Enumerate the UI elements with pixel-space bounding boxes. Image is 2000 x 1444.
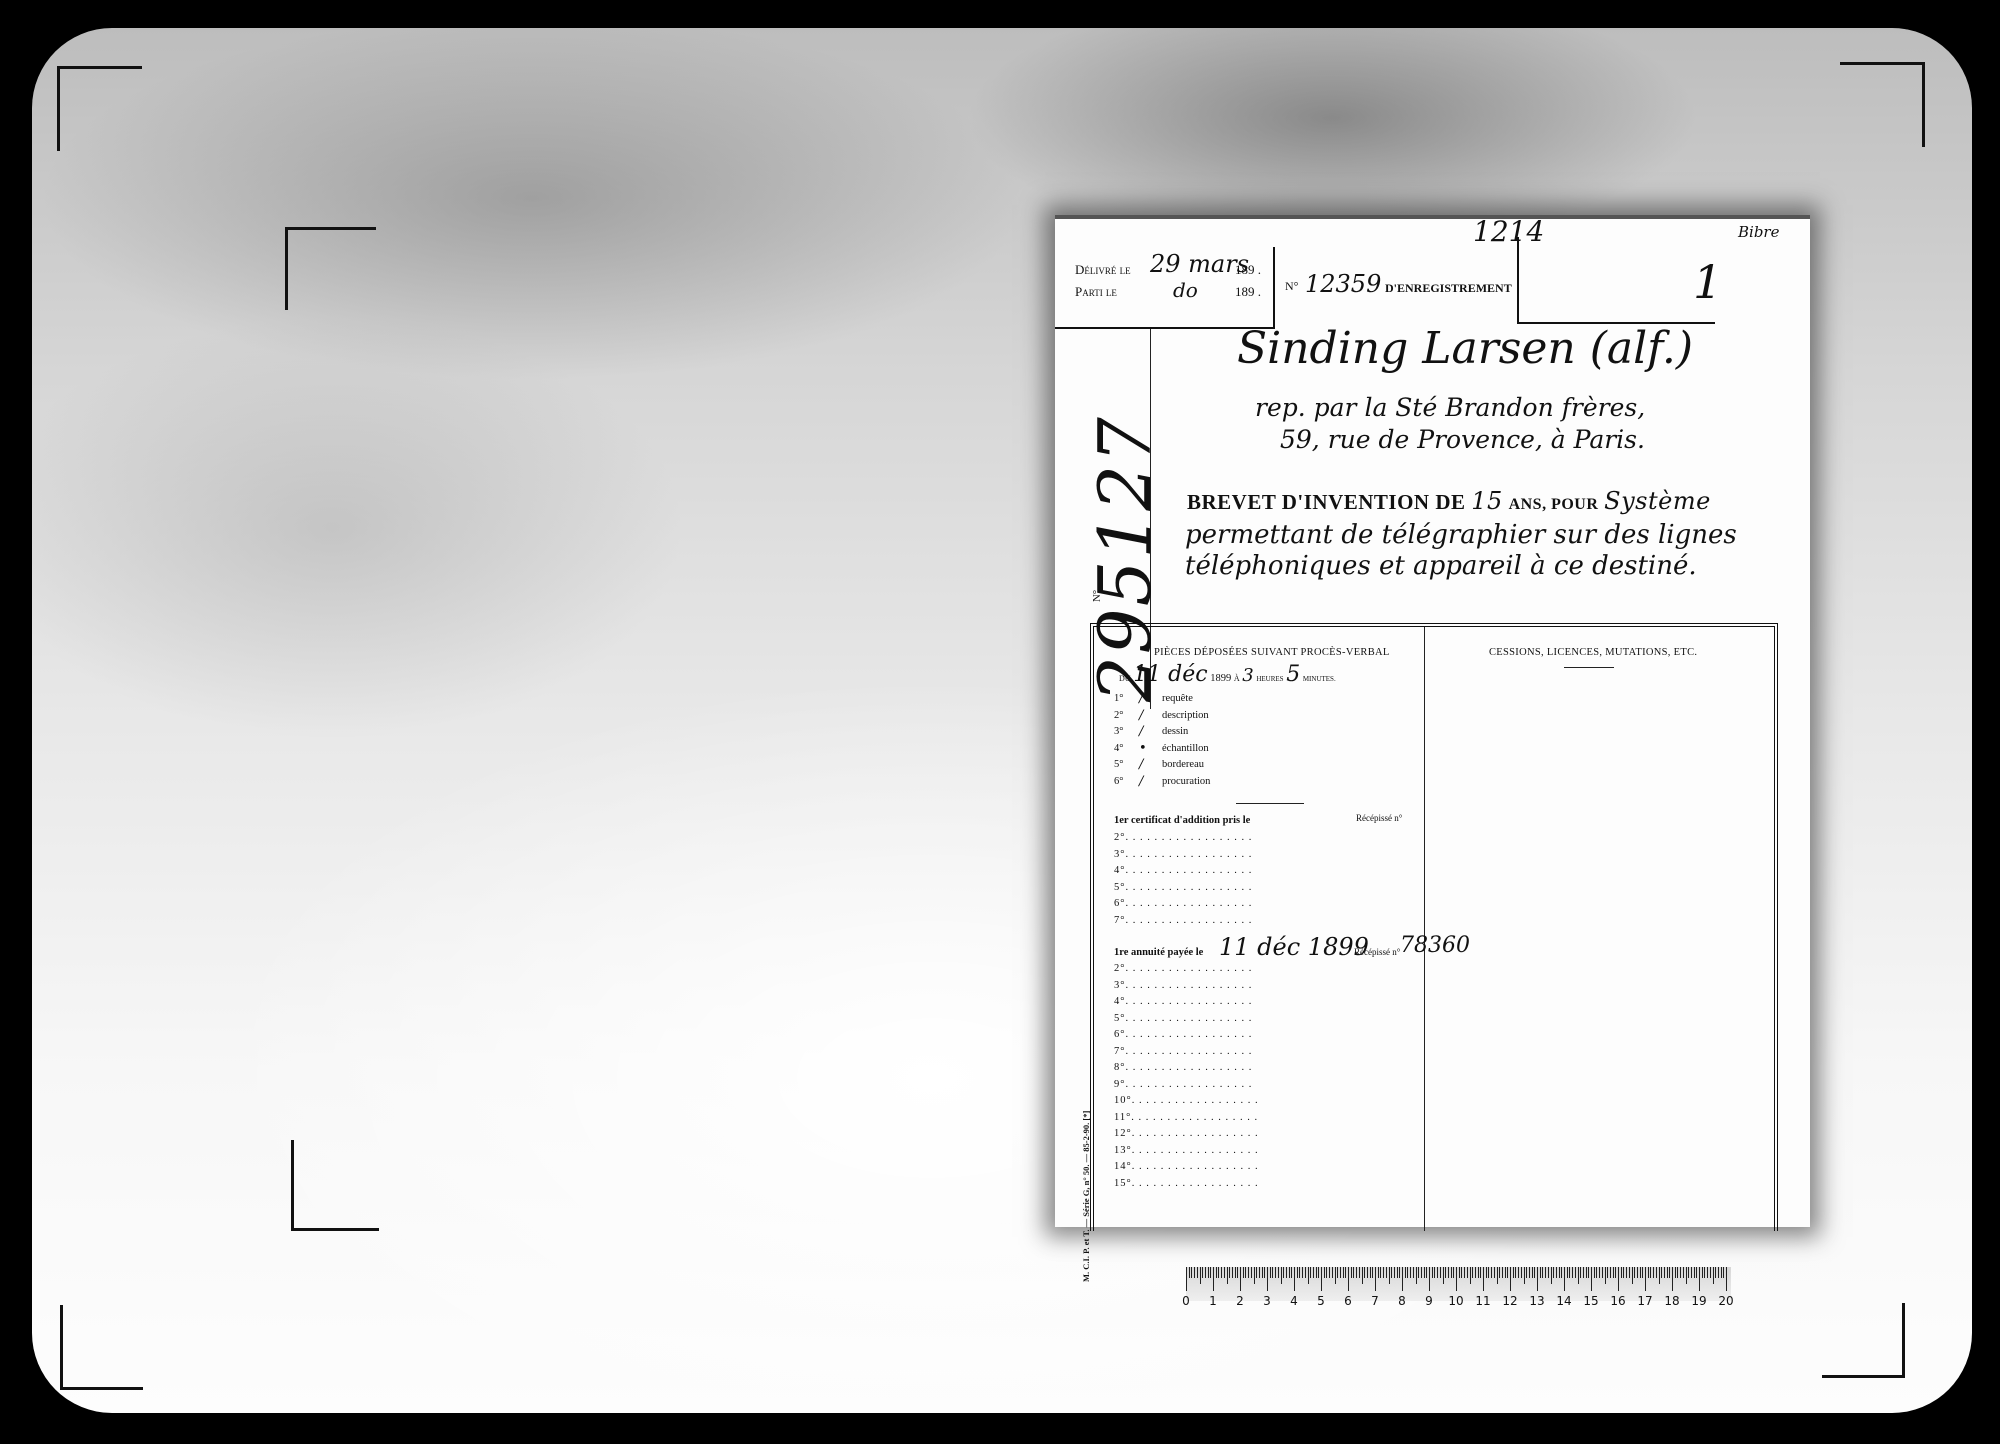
measurement-ruler: 01234567891011121314151617181920 [1186, 1267, 1731, 1301]
registration-box [1517, 237, 1715, 324]
ruler-tick [1286, 1267, 1287, 1278]
ruler-tick [1518, 1267, 1519, 1278]
annuity-first-date: 11 déc 1899 [1219, 933, 1369, 961]
ruler-tick [1378, 1267, 1379, 1278]
ruler-tick [1613, 1267, 1614, 1278]
crop-mark-top-left-outer [57, 66, 142, 151]
ruler-tick [1402, 1267, 1403, 1291]
ruler-tick [1659, 1267, 1660, 1284]
ruler-tick [1472, 1267, 1473, 1278]
piece-mark: / [1139, 724, 1143, 739]
ruler-tick [1275, 1267, 1276, 1278]
annuity-receipt-number: 78360 [1400, 933, 1470, 958]
ruler-tick [1478, 1267, 1479, 1278]
crop-mark-bottom-left-outer [60, 1305, 143, 1390]
ruler-tick [1664, 1267, 1665, 1278]
ruler-tick [1453, 1267, 1454, 1278]
annuity-row: 2°. . . . . . . . . . . . . . . . . . [1114, 963, 1252, 974]
patent-title-printed: BREVET D'INVENTION DE 15 ANS, POUR Systè… [1187, 487, 1711, 515]
ruler-tick [1413, 1267, 1414, 1278]
ruler-tick [1551, 1267, 1552, 1284]
ruler-tick [1213, 1267, 1214, 1291]
ruler-tick [1216, 1267, 1217, 1278]
ruler-tick [1386, 1267, 1387, 1278]
ruler-tick [1305, 1267, 1306, 1278]
brevet-subject-line1: Système [1604, 487, 1711, 515]
ruler-tick [1461, 1267, 1462, 1278]
ruler-tick [1567, 1267, 1568, 1278]
ruler-label: 13 [1529, 1294, 1544, 1308]
ruler-tick [1607, 1267, 1608, 1278]
ruler-tick [1321, 1267, 1322, 1291]
annuity-row: 15°. . . . . . . . . . . . . . . . . . [1114, 1178, 1259, 1189]
ruler-tick [1416, 1267, 1417, 1284]
brevet-middle: ANS, POUR [1509, 496, 1599, 513]
piece-label: dessin [1162, 726, 1188, 737]
ruler-tick [1370, 1267, 1371, 1278]
ruler-tick [1529, 1267, 1530, 1278]
ruler-tick [1688, 1267, 1689, 1278]
ruler-tick [1534, 1267, 1535, 1278]
ruler-tick [1332, 1267, 1333, 1278]
ruler-tick [1256, 1267, 1257, 1278]
ruler-tick [1227, 1267, 1228, 1284]
ruler-tick [1648, 1267, 1649, 1278]
ruler-tick [1661, 1267, 1662, 1278]
ruler-tick [1556, 1267, 1557, 1278]
ruler-label: 15 [1583, 1294, 1598, 1308]
ruler-tick [1224, 1267, 1225, 1278]
ruler-tick [1221, 1267, 1222, 1278]
piece-number: 1° [1114, 693, 1123, 704]
annuity-row: 14°. . . . . . . . . . . . . . . . . . [1114, 1161, 1259, 1172]
ruler-tick [1356, 1267, 1357, 1278]
ruler-tick [1410, 1267, 1411, 1278]
ruler-tick [1443, 1267, 1444, 1284]
certificate-receipt-label: Récépissé n° [1356, 813, 1402, 823]
ruler-tick [1602, 1267, 1603, 1278]
ruler-tick [1513, 1267, 1514, 1278]
ruler-tick [1615, 1267, 1616, 1278]
ruler-tick [1229, 1267, 1230, 1278]
ruler-tick [1721, 1267, 1722, 1278]
ruler-tick [1686, 1267, 1687, 1284]
piece-number: 4° [1114, 743, 1123, 754]
annuity-row: 12°. . . . . . . . . . . . . . . . . . [1114, 1128, 1259, 1139]
crop-mark-bottom-left-inner [291, 1140, 379, 1231]
ruler-tick [1208, 1267, 1209, 1278]
ruler-tick [1623, 1267, 1624, 1278]
ruler-label: 2 [1236, 1294, 1244, 1308]
ruler-tick [1637, 1267, 1638, 1278]
ruler-tick [1264, 1267, 1265, 1278]
ruler-tick [1559, 1267, 1560, 1278]
piece-mark: / [1139, 757, 1143, 772]
ruler-label: 1 [1209, 1294, 1217, 1308]
ruler-label: 4 [1290, 1294, 1298, 1308]
ruler-tick [1197, 1267, 1198, 1278]
ruler-tick [1456, 1267, 1457, 1291]
ruler-tick [1575, 1267, 1576, 1278]
ruler-tick [1278, 1267, 1279, 1278]
ruler-tick [1437, 1267, 1438, 1278]
ruler-tick [1237, 1267, 1238, 1278]
annuity-row: 13°. . . . . . . . . . . . . . . . . . [1114, 1145, 1259, 1156]
ruler-tick [1262, 1267, 1263, 1278]
ruler-tick [1372, 1267, 1373, 1278]
ruler-tick [1561, 1267, 1562, 1278]
ruler-tick [1448, 1267, 1449, 1278]
ruler-tick [1267, 1267, 1268, 1291]
ruler-tick [1367, 1267, 1368, 1278]
ruler-tick [1524, 1267, 1525, 1284]
ruler-tick [1459, 1267, 1460, 1278]
annuity-row: 5°. . . . . . . . . . . . . . . . . . [1114, 1013, 1252, 1024]
ruler-tick [1650, 1267, 1651, 1278]
ruler-tick [1189, 1267, 1190, 1278]
ruler-tick [1691, 1267, 1692, 1278]
ruler-tick [1313, 1267, 1314, 1278]
ruler-label: 9 [1425, 1294, 1433, 1308]
ruler-tick [1232, 1267, 1233, 1278]
piece-number: 6° [1114, 776, 1123, 787]
ruler-label: 6 [1344, 1294, 1352, 1308]
ruler-tick [1580, 1267, 1581, 1278]
subject-line2: permettant de télégraphier sur des ligne… [1185, 520, 1737, 550]
ruler-tick [1407, 1267, 1408, 1278]
ruler-tick [1605, 1267, 1606, 1284]
ruler-tick [1704, 1267, 1705, 1278]
ruler-tick [1702, 1267, 1703, 1278]
piece-label: bordereau [1162, 759, 1204, 770]
ruler-tick [1291, 1267, 1292, 1278]
piece-number: 2° [1114, 710, 1123, 721]
ruler-tick [1259, 1267, 1260, 1278]
ruler-tick [1621, 1267, 1622, 1278]
ruler-tick [1629, 1267, 1630, 1278]
ruler-label: 5 [1317, 1294, 1325, 1308]
top-right-mark: 1 [1693, 255, 1722, 309]
ledger-table: M. C.I. P. et T. — Série G, n° 50. — 85-… [1090, 623, 1778, 1231]
ruler-tick [1488, 1267, 1489, 1278]
ruler-tick [1669, 1267, 1670, 1278]
parti-year: 189 . [1235, 284, 1261, 300]
ruler-tick [1540, 1267, 1541, 1278]
ruler-tick [1397, 1267, 1398, 1278]
ruler-tick [1499, 1267, 1500, 1278]
ruler-tick [1345, 1267, 1346, 1278]
registration-prefix: N° [1285, 279, 1298, 294]
certificate-row: 4°. . . . . . . . . . . . . . . . . . [1114, 865, 1252, 876]
annuity-row: 7°. . . . . . . . . . . . . . . . . . [1114, 1046, 1252, 1057]
ruler-tick [1564, 1267, 1565, 1291]
piece-label: description [1162, 710, 1209, 721]
annuity-row: 10°. . . . . . . . . . . . . . . . . . [1114, 1095, 1259, 1106]
ruler-tick [1418, 1267, 1419, 1278]
ruler-label: 18 [1664, 1294, 1679, 1308]
ruler-tick [1710, 1267, 1711, 1278]
ruler-tick [1243, 1267, 1244, 1278]
ruler-tick [1251, 1267, 1252, 1278]
annuity-row: 11°. . . . . . . . . . . . . . . . . . [1114, 1112, 1258, 1123]
ruler-tick [1545, 1267, 1546, 1278]
ruler-tick [1707, 1267, 1708, 1278]
ruler-tick [1335, 1267, 1336, 1284]
ruler-tick [1248, 1267, 1249, 1278]
ruler-tick [1591, 1267, 1592, 1291]
ruler-tick [1610, 1267, 1611, 1278]
annuity-row: 9°. . . . . . . . . . . . . . . . . . [1114, 1079, 1252, 1090]
annuity-first-label: 1re annuité payée le [1114, 947, 1203, 958]
ruler-tick [1297, 1267, 1298, 1278]
piece-mark: / [1139, 774, 1143, 789]
piece-label: échantillon [1162, 743, 1209, 754]
ruler-tick [1470, 1267, 1471, 1284]
ruler-label: 3 [1263, 1294, 1271, 1308]
ruler-tick [1640, 1267, 1641, 1278]
ruler-tick [1594, 1267, 1595, 1278]
ruler-tick [1699, 1267, 1700, 1291]
ruler-label: 8 [1398, 1294, 1406, 1308]
ruler-tick [1667, 1267, 1668, 1278]
right-header-rule [1564, 667, 1614, 668]
ruler-tick [1451, 1267, 1452, 1278]
ruler-tick [1645, 1267, 1646, 1291]
ruler-tick [1440, 1267, 1441, 1278]
ruler-tick [1505, 1267, 1506, 1278]
piece-mark: • [1139, 741, 1147, 756]
ruler-tick [1375, 1267, 1376, 1291]
deposit-line: DU 11 déc 1899 À 3 HEURES 5 MINUTES. [1119, 662, 1336, 687]
applicant-name: Sinding Larsen (alf.) [1237, 323, 1693, 374]
piece-label: procuration [1162, 776, 1210, 787]
ruler-tick [1521, 1267, 1522, 1278]
ruler-tick [1445, 1267, 1446, 1278]
ruler-tick [1316, 1267, 1317, 1278]
certificate-row: 3°. . . . . . . . . . . . . . . . . . [1114, 849, 1252, 860]
annuity-row: 8°. . . . . . . . . . . . . . . . . . [1114, 1062, 1252, 1073]
top-right-note: Bibre [1738, 223, 1779, 241]
ruler-tick [1483, 1267, 1484, 1291]
piece-label: requête [1162, 693, 1193, 704]
applicant-representative-line2: 59, rue de Provence, à Paris. [1280, 425, 1645, 454]
ruler-tick [1302, 1267, 1303, 1278]
piece-number: 5° [1114, 759, 1123, 770]
ruler-tick [1326, 1267, 1327, 1278]
ruler-label: 14 [1556, 1294, 1571, 1308]
brevet-years: 15 [1471, 487, 1503, 515]
ruler-tick [1235, 1267, 1236, 1278]
crop-mark-top-right-outer [1840, 62, 1925, 147]
ruler-tick [1399, 1267, 1400, 1278]
ruler-tick [1343, 1267, 1344, 1278]
ruler-label: 7 [1371, 1294, 1379, 1308]
ruler-tick [1289, 1267, 1290, 1278]
crop-mark-bottom-right-outer [1822, 1303, 1905, 1378]
ruler-tick [1634, 1267, 1635, 1278]
ruler-tick [1391, 1267, 1392, 1278]
ruler-tick [1294, 1267, 1295, 1291]
ruler-tick [1200, 1267, 1201, 1284]
ruler-tick [1486, 1267, 1487, 1278]
ruler-tick [1502, 1267, 1503, 1278]
ruler-tick [1359, 1267, 1360, 1278]
ruler-tick [1497, 1267, 1498, 1284]
ruler-tick [1569, 1267, 1570, 1278]
ruler-tick [1726, 1267, 1727, 1291]
ruler-tick [1723, 1267, 1724, 1278]
ruler-label: 16 [1610, 1294, 1625, 1308]
ruler-tick [1672, 1267, 1673, 1291]
annuity-row: 6°. . . . . . . . . . . . . . . . . . [1114, 1029, 1252, 1040]
ruler-tick [1694, 1267, 1695, 1278]
annuity-row: 3°. . . . . . . . . . . . . . . . . . [1114, 980, 1252, 991]
ruler-tick [1272, 1267, 1273, 1278]
ruler-tick [1340, 1267, 1341, 1278]
ruler-label: 11 [1475, 1294, 1490, 1308]
ruler-tick [1626, 1267, 1627, 1278]
ruler-tick [1510, 1267, 1511, 1291]
ruler-tick [1351, 1267, 1352, 1278]
registration-number: 12359 [1305, 270, 1381, 298]
left-column-header: PIÈCES DÉPOSÉES SUIVANT PROCÈS-VERBAL [1154, 647, 1390, 658]
ruler-label: 19 [1691, 1294, 1706, 1308]
ruler-tick [1389, 1267, 1390, 1284]
ruler-label: 12 [1502, 1294, 1517, 1308]
ruler-tick [1548, 1267, 1549, 1278]
ruler-tick [1718, 1267, 1719, 1278]
ruler-tick [1578, 1267, 1579, 1284]
ruler-tick [1553, 1267, 1554, 1278]
patent-number-prefix: N° [1091, 590, 1103, 602]
ruler-tick [1434, 1267, 1435, 1278]
certificate-row: 7°. . . . . . . . . . . . . . . . . . [1114, 915, 1252, 926]
ruler-tick [1507, 1267, 1508, 1278]
delivered-year: 189 . [1235, 262, 1261, 278]
right-column-header: CESSIONS, LICENCES, MUTATIONS, ETC. [1489, 647, 1697, 658]
piece-mark: / [1139, 708, 1143, 723]
ruler-tick [1696, 1267, 1697, 1278]
ruler-label: 0 [1182, 1294, 1190, 1308]
ruler-tick [1537, 1267, 1538, 1291]
ruler-tick [1202, 1267, 1203, 1278]
ruler-tick [1364, 1267, 1365, 1278]
ruler-tick [1424, 1267, 1425, 1278]
ruler-tick [1480, 1267, 1481, 1278]
ruler-tick [1254, 1267, 1255, 1284]
ruler-tick [1281, 1267, 1282, 1284]
ruler-tick [1432, 1267, 1433, 1278]
ledger-column-divider [1424, 627, 1425, 1231]
ruler-tick [1429, 1267, 1430, 1291]
side-imprint: M. C.I. P. et T. — Série G, n° 50. — 85-… [1066, 1097, 1086, 1277]
ruler-tick [1632, 1267, 1633, 1284]
ruler-tick [1426, 1267, 1427, 1278]
ruler-tick [1713, 1267, 1714, 1284]
ruler-tick [1653, 1267, 1654, 1278]
parti-label: Parti le [1075, 284, 1117, 300]
ruler-tick [1329, 1267, 1330, 1278]
subject-line3: téléphoniques et appareil à ce destiné. [1185, 551, 1697, 581]
ruler-tick [1542, 1267, 1543, 1278]
ruler-tick [1218, 1267, 1219, 1278]
ruler-tick [1210, 1267, 1211, 1278]
piece-number: 3° [1114, 726, 1123, 737]
ruler-tick [1683, 1267, 1684, 1278]
ruler-tick [1583, 1267, 1584, 1278]
ruler-tick [1337, 1267, 1338, 1278]
delivered-label: Délivré le [1075, 262, 1131, 278]
ruler-tick [1383, 1267, 1384, 1278]
ruler-tick [1532, 1267, 1533, 1278]
ruler-label: 20 [1718, 1294, 1733, 1308]
ruler-tick [1324, 1267, 1325, 1278]
ruler-tick [1586, 1267, 1587, 1278]
ruler-tick [1675, 1267, 1676, 1278]
pieces-rule [1236, 803, 1304, 804]
certificate-row: 6°. . . . . . . . . . . . . . . . . . [1114, 898, 1252, 909]
ruler-tick [1394, 1267, 1395, 1278]
ruler-tick [1475, 1267, 1476, 1278]
ruler-tick [1464, 1267, 1465, 1278]
ruler-tick [1353, 1267, 1354, 1278]
ruler-tick [1205, 1267, 1206, 1278]
ruler-tick [1245, 1267, 1246, 1278]
ruler-tick [1491, 1267, 1492, 1278]
registration-label: D'ENREGISTREMENT [1385, 281, 1512, 296]
ruler-tick [1191, 1267, 1192, 1278]
ruler-tick [1283, 1267, 1284, 1278]
ruler-tick [1526, 1267, 1527, 1278]
certificate-first-label: 1er certificat d'addition pris le [1114, 815, 1250, 826]
annuity-receipt-label: Récépissé n° [1354, 947, 1400, 957]
ruler-tick [1308, 1267, 1309, 1284]
ruler-label: 17 [1637, 1294, 1652, 1308]
ruler-tick [1318, 1267, 1319, 1278]
ruler-tick [1467, 1267, 1468, 1278]
ruler-tick [1680, 1267, 1681, 1278]
certificate-row: 5°. . . . . . . . . . . . . . . . . . [1114, 882, 1252, 893]
ruler-tick [1380, 1267, 1381, 1278]
ruler-tick [1194, 1267, 1195, 1278]
ruler-tick [1596, 1267, 1597, 1278]
ruler-tick [1310, 1267, 1311, 1278]
patent-register-card: Délivré le 29 mars 189 . Parti le do 189… [1055, 215, 1810, 1227]
ruler-tick [1270, 1267, 1271, 1278]
annuity-row: 4°. . . . . . . . . . . . . . . . . . [1114, 996, 1252, 1007]
ruler-tick [1186, 1267, 1187, 1291]
brevet-prefix: BREVET D'INVENTION DE [1187, 490, 1466, 514]
ruler-tick [1494, 1267, 1495, 1278]
applicant-representative-line1: rep. par la Sté Brandon frères, [1255, 393, 1645, 422]
ruler-tick [1715, 1267, 1716, 1278]
ruler-tick [1677, 1267, 1678, 1278]
piece-mark: / [1139, 691, 1143, 706]
ruler-tick [1642, 1267, 1643, 1278]
ruler-tick [1588, 1267, 1589, 1278]
ruler-tick [1362, 1267, 1363, 1284]
crop-mark-top-left-inner [285, 227, 376, 310]
ruler-tick [1599, 1267, 1600, 1278]
ruler-tick [1348, 1267, 1349, 1291]
card-top-edge [1055, 215, 1810, 219]
ruler-tick [1240, 1267, 1241, 1291]
certificate-row: 2°. . . . . . . . . . . . . . . . . . [1114, 832, 1252, 843]
ruler-tick [1572, 1267, 1573, 1278]
ruler-tick [1618, 1267, 1619, 1291]
ruler-tick [1421, 1267, 1422, 1278]
parti-value: do [1173, 278, 1198, 302]
